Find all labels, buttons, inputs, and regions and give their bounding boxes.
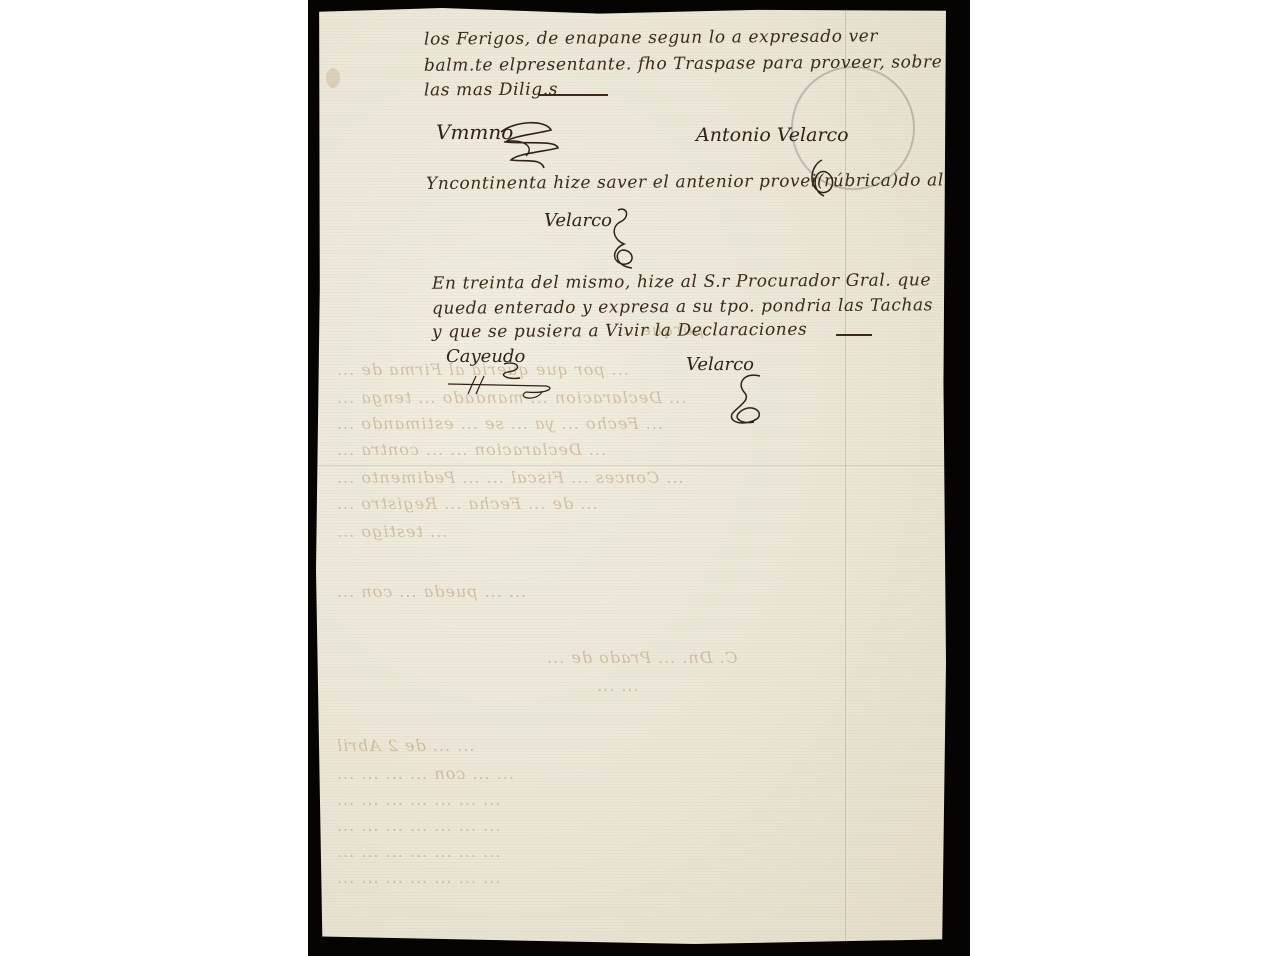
rubric-flourish-icon	[802, 156, 842, 200]
text-line-3: las mas Dilig.s	[424, 80, 558, 101]
bleed-through-line: ... testigo ...	[336, 522, 447, 541]
signature-right-1: Antonio Velarco	[696, 124, 849, 146]
rubric-flourish-icon	[724, 370, 770, 430]
bleed-through-line: ... Declaracion ... ... contra ...	[336, 440, 606, 459]
closing-dash	[538, 94, 608, 96]
text-line-4: Yncontinenta hize saver el antenior prov…	[426, 170, 1008, 194]
bleed-through-line: ... ... con ... ... ... ...	[336, 764, 514, 783]
signature-velarco-2: Velarco	[544, 210, 612, 231]
bleed-through-line: ... ... ... ... ... ... ...	[336, 790, 500, 809]
bleed-through-line: ... ... ... ... ... ... ...	[336, 842, 500, 861]
bleed-through-line: ... ... de 2 Abril	[336, 736, 474, 755]
bleed-through-line: C. Dn. ... Prado de ...	[546, 648, 737, 667]
paper-stain	[326, 68, 340, 88]
horizontal-fold-line	[316, 465, 946, 466]
text-line-5: En treinta del mismo, hize al S.r Procur…	[432, 270, 931, 293]
text-line-1: los Ferigos, de enapane segun lo a expre…	[424, 26, 878, 49]
bleed-through-line: ... ...	[596, 676, 639, 695]
manuscript-page: ... porque ... ... por que queria al Fir…	[316, 8, 946, 944]
bleed-through-line: ... ... ... ... ... ... ...	[336, 868, 500, 887]
rubric-flourish-icon	[496, 112, 566, 176]
text-line-6: queda enterado y expresa a su tpo. pondr…	[432, 295, 933, 318]
rubric-flourish-icon	[604, 204, 644, 274]
rubric-flourish-icon	[446, 358, 566, 402]
bleed-through-line: ... ... pueda ... con ...	[336, 582, 526, 601]
text-line-7: y que se pusiera a Vivir la Declaracione…	[432, 320, 807, 343]
bleed-through-line: ... ... ... ... ... ... ...	[336, 816, 500, 835]
bleed-through-line: ... Fecho ... ya ... se ... estimando ..…	[336, 414, 663, 433]
text-line-2: balm.te elpresentante. fho Traspase para…	[424, 52, 942, 76]
bleed-through-line: ... de ... Fecha ... Registro ...	[336, 494, 598, 513]
bleed-through-line: ... Conces ... Fiscal ... ... Pedimento …	[336, 468, 684, 487]
closing-dash	[836, 334, 872, 336]
